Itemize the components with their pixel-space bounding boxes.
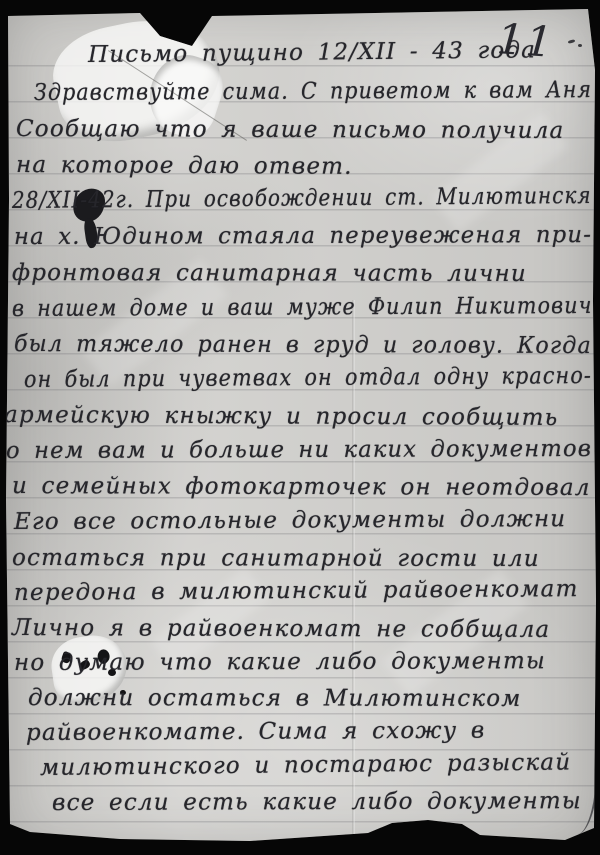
handwritten-line-9: был тяжело ранен в груд и голову. Когда	[14, 329, 571, 363]
handwritten-line-2: Здравствуйте сима. С приветом к вам Аня	[34, 75, 535, 110]
handwritten-line-18: но думаю что какие либо документы	[14, 646, 592, 680]
handwritten-line-16: передона в милютинский райвоенкомат	[14, 574, 592, 610]
handwritten-line-15: остаться при санитарной гости или	[12, 543, 592, 576]
handwritten-line-8: в нашем доме и ваш муже Филип Никитович	[12, 291, 533, 326]
handwritten-line-4: на которое даю ответ.	[16, 150, 592, 185]
handwritten-line-21: милютинского и постараюс разыскай	[40, 747, 592, 785]
handwritten-line-5: 28/XII-42г. При освобождении ст. Милютин…	[12, 182, 516, 218]
handwritten-line-13: и семейных фотокарточек он неотдовал	[12, 471, 592, 505]
handwritten-line-1: Письмо пущино 12/XII - 43 года	[88, 35, 592, 72]
handwritten-line-3: Сообщаю что я ваше письмо получила	[16, 114, 592, 148]
handwritten-line-14: Его все остольные документы должни	[14, 504, 592, 539]
handwritten-line-6: на х. Юдином стаяла переувеженая при-	[14, 220, 585, 254]
handwritten-line-17: Лично я в райвоенкомат не соббщала	[12, 613, 592, 647]
handwritten-line-22: все если есть какие либо документы	[52, 786, 592, 820]
handwritten-line-11: армейскую кныжку и просил сообщить	[4, 400, 592, 435]
handwritten-line-10: он был при чуветвах он отдал одну красно…	[24, 361, 537, 397]
handwritten-line-19: должни остаться в Милютинском	[28, 683, 592, 716]
handwritten-line-7: фронтовая санитарная часть лични	[12, 258, 592, 291]
handwritten-line-20: райвоенкомате. Сима я схожу в	[26, 715, 592, 750]
scanned-letter-page: 11 Письмо пущино 12/XII - 43 года Здравс…	[0, 0, 600, 855]
paper-sheet: 11 Письмо пущино 12/XII - 43 года Здравс…	[0, 0, 600, 855]
handwritten-line-12: о нем вам и больше ни каких документов	[6, 434, 582, 468]
